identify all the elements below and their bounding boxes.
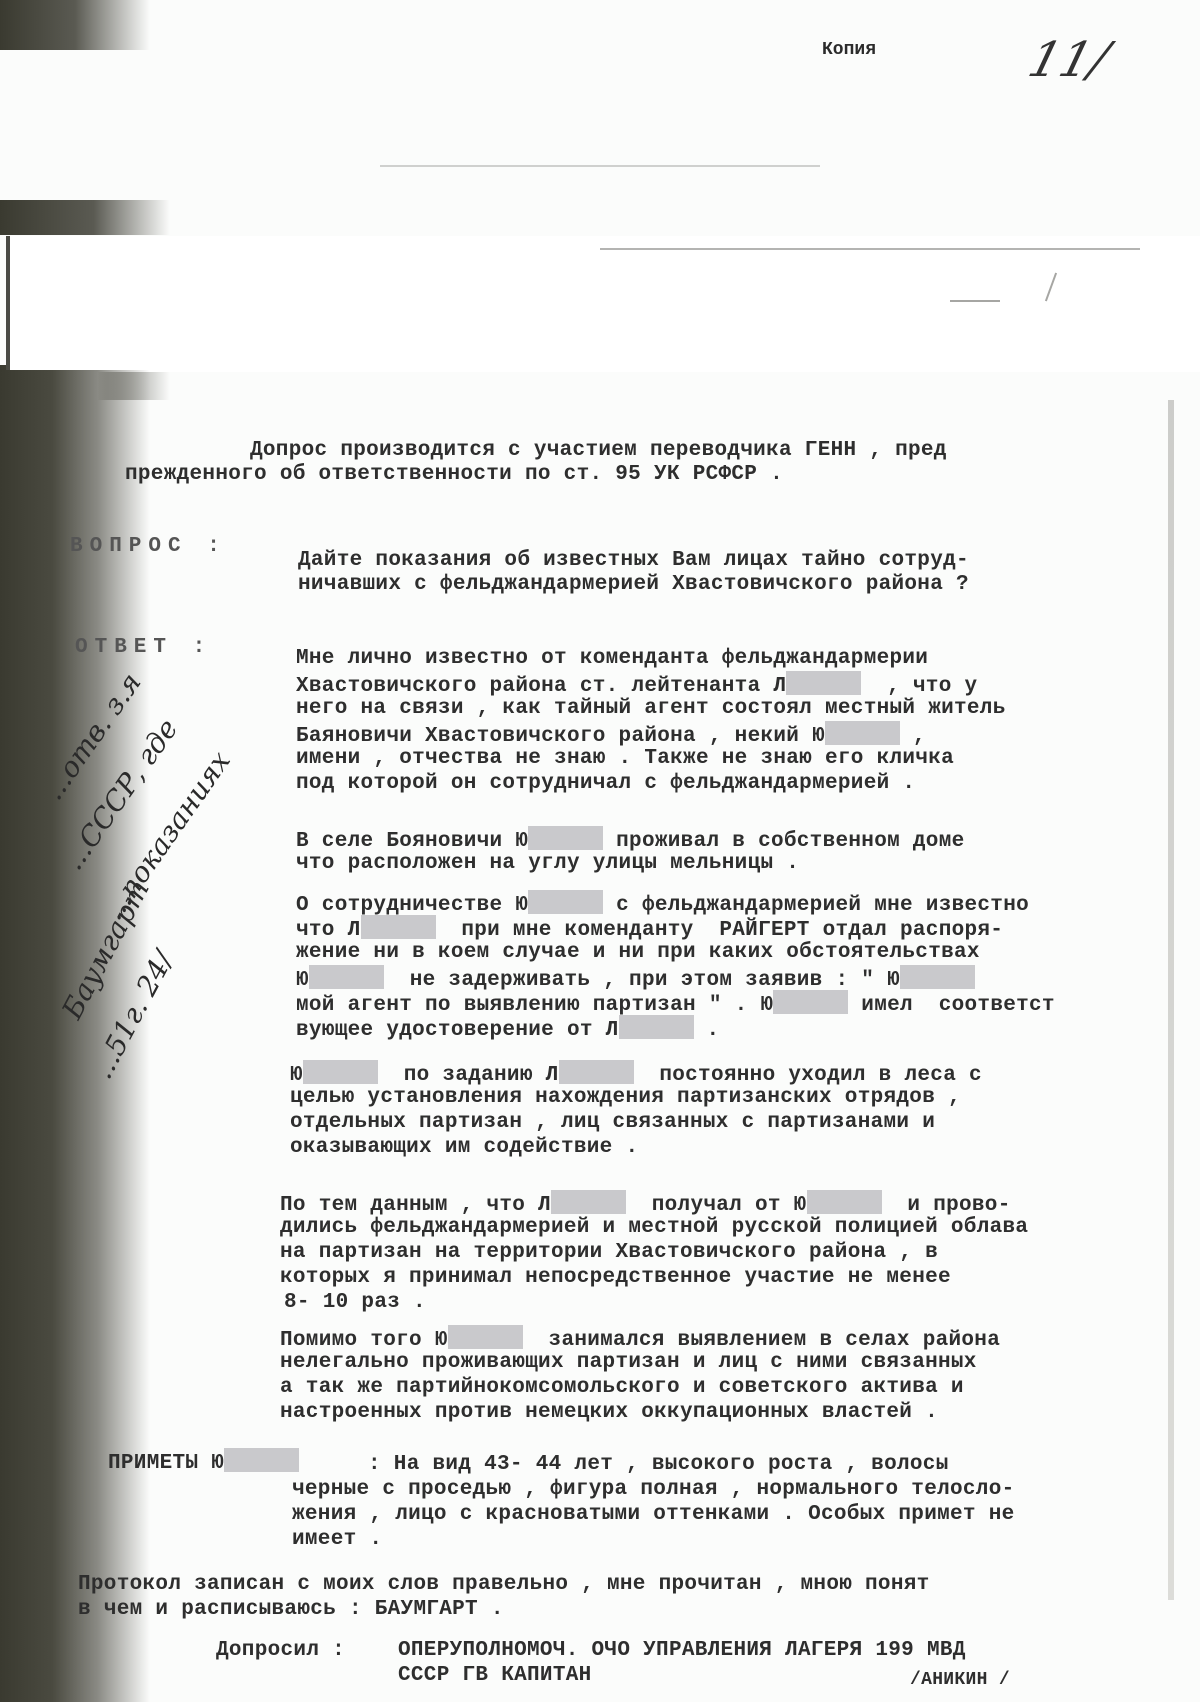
question-line-1: Дайте показания об известных Вам лицах т… — [298, 548, 969, 573]
redacted-name — [825, 721, 900, 745]
redacted-name — [303, 1060, 378, 1084]
scan-line — [600, 248, 1140, 250]
redacted-name — [528, 890, 603, 914]
description-label: ПРИМЕТЫ Ю — [108, 1448, 299, 1476]
redacted-name — [448, 1325, 523, 1349]
scan-band — [0, 200, 170, 235]
interrogator-name: /АНИКИН / — [910, 1668, 1010, 1693]
scan-line — [950, 300, 1000, 302]
closing-line-2: в чем и расписываюсь : БАУМГАРТ . — [78, 1597, 504, 1622]
pasted-blank-region — [6, 236, 1200, 372]
interrogator-line-1: ОПЕРУПОЛНОМОЧ. ОЧО УПРАВЛЕНИЯ ЛАГЕРЯ 199… — [398, 1638, 966, 1663]
description-line-3: жения , лицо с красноватыми оттенками . … — [292, 1502, 1015, 1527]
redacted-name — [361, 915, 436, 939]
answer-label: ОТВЕТ : — [75, 636, 212, 659]
interrogator-line-2: СССР ГВ КАПИТАН — [398, 1663, 592, 1688]
closing-line-1: Протокол записан с моих слов правельно ,… — [78, 1572, 930, 1597]
redacted-name — [224, 1448, 299, 1472]
redacted-name — [559, 1060, 634, 1084]
redacted-name — [528, 826, 603, 850]
page-edge — [1168, 400, 1174, 1600]
description-line-4: имеет . — [292, 1527, 382, 1552]
margin-handwritten-note: ...отв. з.я ...СССР, где ...показаниях Б… — [40, 700, 300, 1060]
redacted-name — [807, 1190, 882, 1214]
question-label: ВОПРОС : — [70, 535, 227, 558]
scan-line — [380, 165, 820, 167]
redacted-name — [900, 965, 975, 989]
scan-shadow-top — [0, 0, 150, 50]
description-line-1: : На вид 43- 44 лет , высокого роста , в… — [368, 1452, 949, 1477]
interrogator-label: Допросил : — [216, 1638, 345, 1663]
intro-line-1: Допрос производится с участием переводчи… — [250, 438, 947, 463]
redacted-name — [773, 990, 848, 1014]
description-line-2: черные с проседью , фигура полная , норм… — [292, 1477, 1015, 1502]
copy-label: Копия — [822, 40, 876, 60]
intro-line-2: прежденного об ответственности по ст. 95… — [125, 462, 783, 487]
redacted-name — [309, 965, 384, 989]
page-number: 11/ — [1022, 32, 1114, 88]
redacted-name — [786, 671, 861, 695]
redacted-name — [619, 1015, 694, 1039]
question-line-2: ничавших с фельджандармерией Хвастовичск… — [298, 572, 969, 597]
redacted-name — [551, 1190, 626, 1214]
